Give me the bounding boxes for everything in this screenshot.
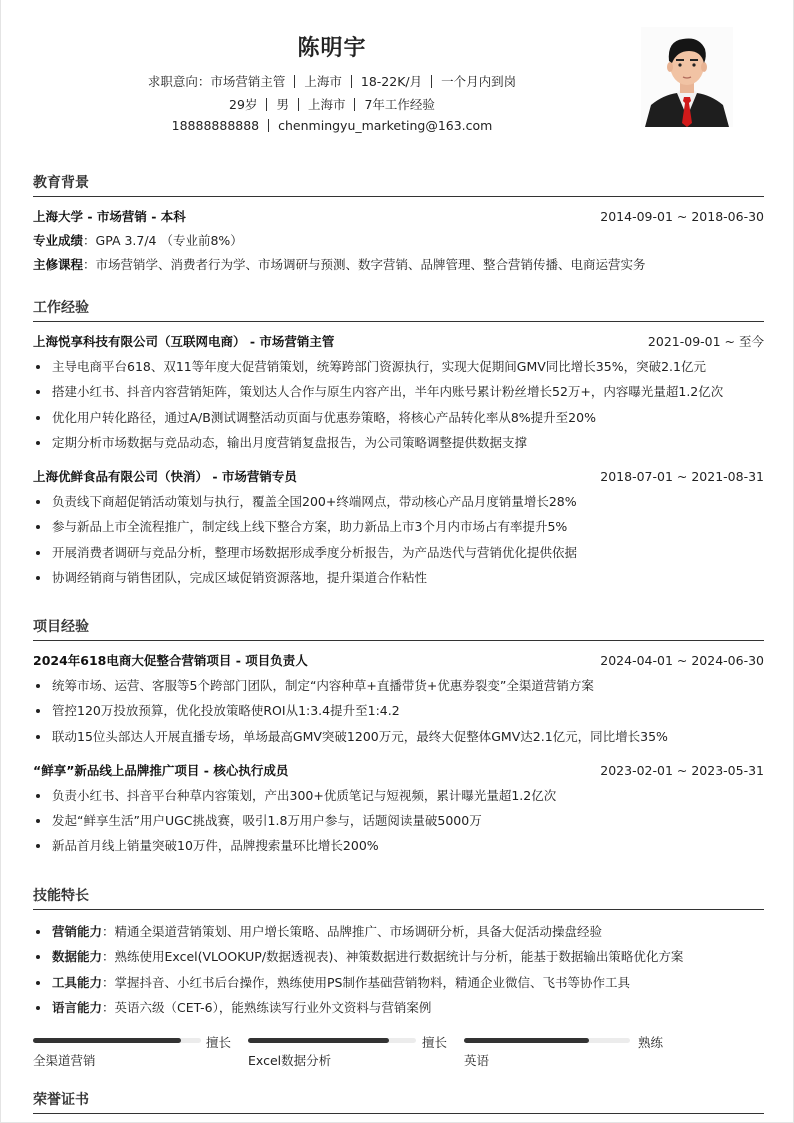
job-header: 上海悦享科技有限公司（互联网电商） - 市场营销主管 2021-09-01 ~ … bbox=[33, 329, 764, 354]
skills-list: 营销能力：精通全渠道营销策划、用户增长策略、品牌推广、市场调研分析，具备大促活动… bbox=[33, 919, 764, 1020]
section-title: 教育背景 bbox=[33, 173, 764, 197]
skill-name: Excel数据分析 bbox=[248, 1051, 331, 1069]
skill-bar-track bbox=[464, 1038, 630, 1043]
skill-text: ：英语六级（CET-6），能熟练读写行业外文资料与营销案例 bbox=[102, 1000, 431, 1015]
job-intention: 求职意向：市场营销主管 bbox=[148, 74, 286, 89]
list-item: 发起“鲜享生活”用户UGC挑战赛，吸引1.8万用户参与，话题阅读量破5000万 bbox=[33, 808, 764, 833]
skill-bar-fill bbox=[33, 1038, 181, 1043]
project-title: “鲜享”新品线上品牌推广项目 - 核心执行成员 bbox=[33, 758, 288, 783]
job-header: 上海优鲜食品有限公司（快消） - 市场营销专员 2018-07-01 ~ 202… bbox=[33, 464, 764, 489]
project-entry: “鲜享”新品线上品牌推广项目 - 核心执行成员 2023-02-01 ~ 202… bbox=[33, 758, 764, 859]
job-bullets: 主导电商平台618、双11等年度大促营销策划，统筹跨部门资源执行，实现大促期间G… bbox=[33, 354, 764, 455]
education-section: 教育背景 上海大学 - 市场营销 - 本科 2014-09-01 ~ 2018-… bbox=[33, 173, 764, 277]
job-entry: 上海优鲜食品有限公司（快消） - 市场营销专员 2018-07-01 ~ 202… bbox=[33, 464, 764, 590]
job-date: 2021-09-01 ~ 至今 bbox=[648, 329, 764, 354]
desired-city: 上海市 bbox=[304, 74, 342, 89]
desired-salary: 18-22K/月 bbox=[361, 74, 422, 89]
separator bbox=[268, 119, 269, 132]
phone: 18888888888 bbox=[172, 118, 259, 133]
gpa-line: 专业成绩：GPA 3.7/4 （专业前8%） bbox=[33, 229, 764, 253]
gender: 男 bbox=[276, 97, 289, 112]
project-title: 2024年618电商大促整合营销项目 - 项目负责人 bbox=[33, 648, 308, 673]
skill-item: 数据能力：熟练使用Excel(VLOOKUP/数据透视表)、神策数据进行数据统计… bbox=[33, 944, 764, 969]
honors-section: 荣誉证书 bbox=[33, 1090, 764, 1114]
skill-bar-fill bbox=[464, 1038, 589, 1043]
section-title: 技能特长 bbox=[33, 886, 764, 910]
skill-label: 营销能力 bbox=[52, 924, 102, 939]
skill-level: 擅长 bbox=[422, 1033, 447, 1051]
separator bbox=[298, 98, 299, 111]
skill-label: 数据能力 bbox=[52, 949, 102, 964]
skill-item: 语言能力：英语六级（CET-6），能熟练读写行业外文资料与营销案例 bbox=[33, 995, 764, 1020]
work-years: 7年工作经验 bbox=[364, 97, 434, 112]
project-header: 2024年618电商大促整合营销项目 - 项目负责人 2024-04-01 ~ … bbox=[33, 648, 764, 673]
courses-line: 主修课程：市场营销学、消费者行为学、市场调研与预测、数字营销、品牌管理、整合营销… bbox=[33, 253, 764, 277]
project-bullets: 统筹市场、运营、客服等5个跨部门团队，制定“内容种草+直播带货+优惠券裂变”全渠… bbox=[33, 673, 764, 749]
work-section: 工作经验 上海悦享科技有限公司（互联网电商） - 市场营销主管 2021-09-… bbox=[33, 298, 764, 590]
availability: 一个月内到岗 bbox=[441, 74, 516, 89]
project-date: 2023-02-01 ~ 2023-05-31 bbox=[600, 758, 764, 783]
section-title: 项目经验 bbox=[33, 617, 764, 641]
avatar bbox=[641, 27, 733, 127]
age: 29岁 bbox=[229, 97, 257, 112]
job-bullets: 负责线下商超促销活动策划与执行，覆盖全国200+终端网点，带动核心产品月度销量增… bbox=[33, 489, 764, 590]
section-title: 荣誉证书 bbox=[33, 1090, 764, 1114]
education-date: 2014-09-01 ~ 2018-06-30 bbox=[600, 204, 764, 229]
project-entry: 2024年618电商大促整合营销项目 - 项目负责人 2024-04-01 ~ … bbox=[33, 648, 764, 749]
list-item: 主导电商平台618、双11等年度大促营销策划，统筹跨部门资源执行，实现大促期间G… bbox=[33, 354, 764, 379]
list-item: 管控120万投放预算，优化投放策略使ROI从1:3.4提升至1:4.2 bbox=[33, 698, 764, 723]
separator bbox=[431, 75, 432, 88]
job-intention-line: 求职意向：市场营销主管上海市18-22K/月一个月内到岗 bbox=[1, 72, 663, 90]
project-header: “鲜享”新品线上品牌推广项目 - 核心执行成员 2023-02-01 ~ 202… bbox=[33, 758, 764, 783]
skill-label: 语言能力 bbox=[52, 1000, 102, 1015]
skill-text: ：熟练使用Excel(VLOOKUP/数据透视表)、神策数据进行数据统计与分析，… bbox=[102, 949, 683, 964]
separator bbox=[266, 98, 267, 111]
projects-section: 项目经验 2024年618电商大促整合营销项目 - 项目负责人 2024-04-… bbox=[33, 617, 764, 859]
skill-text: ：掌握抖音、小红书后台操作，熟练使用PS制作基础营销物料，精通企业微信、飞书等协… bbox=[102, 975, 630, 990]
list-item: 负责小红书、抖音平台种草内容策划，产出300+优质笔记与短视频，累计曝光量超1.… bbox=[33, 783, 764, 808]
skill-bar-track bbox=[33, 1038, 201, 1043]
skill-text: ：精通全渠道营销策划、用户增长策略、品牌推广、市场调研分析，具备大促活动操盘经验 bbox=[102, 924, 602, 939]
project-date: 2024-04-01 ~ 2024-06-30 bbox=[600, 648, 764, 673]
list-item: 参与新品上市全流程推广，制定线上线下整合方案，助力新品上市3个月内市场占有率提升… bbox=[33, 514, 764, 539]
personal-info-line: 29岁男上海市7年工作经验 bbox=[1, 95, 663, 113]
contact-line: 18888888888chenmingyu_marketing@163.com bbox=[1, 118, 663, 133]
school-degree: 上海大学 - 市场营销 - 本科 bbox=[33, 204, 186, 229]
separator bbox=[351, 75, 352, 88]
email: chenmingyu_marketing@163.com bbox=[278, 118, 492, 133]
skill-item: 营销能力：精通全渠道营销策划、用户增长策略、品牌推广、市场调研分析，具备大促活动… bbox=[33, 919, 764, 944]
education-entry: 上海大学 - 市场营销 - 本科 2014-09-01 ~ 2018-06-30 bbox=[33, 204, 764, 229]
job-entry: 上海悦享科技有限公司（互联网电商） - 市场营销主管 2021-09-01 ~ … bbox=[33, 329, 764, 455]
list-item: 优化用户转化路径，通过A/B测试调整活动页面与优惠券策略，将核心产品转化率从8%… bbox=[33, 405, 764, 430]
skill-bar-track bbox=[248, 1038, 416, 1043]
skill-level: 擅长 bbox=[206, 1033, 231, 1051]
courses-value: ：市场营销学、消费者行为学、市场调研与预测、数字营销、品牌管理、整合营销传播、电… bbox=[83, 257, 646, 272]
skill-level: 熟练 bbox=[638, 1033, 663, 1051]
skill-label: 工具能力 bbox=[52, 975, 102, 990]
job-title: 上海优鲜食品有限公司（快消） - 市场营销专员 bbox=[33, 464, 297, 489]
project-bullets: 负责小红书、抖音平台种草内容策划，产出300+优质笔记与短视频，累计曝光量超1.… bbox=[33, 783, 764, 859]
skill-item: 工具能力：掌握抖音、小红书后台操作，熟练使用PS制作基础营销物料，精通企业微信、… bbox=[33, 970, 764, 995]
list-item: 新品首月线上销量突破10万件，品牌搜索量环比增长200% bbox=[33, 833, 764, 858]
current-city: 上海市 bbox=[308, 97, 346, 112]
list-item: 搭建小红书、抖音内容营销矩阵，策划达人合作与原生内容产出，半年内账号累计粉丝增长… bbox=[33, 379, 764, 404]
skill-name: 全渠道营销 bbox=[33, 1051, 96, 1069]
avatar-photo-icon bbox=[641, 27, 733, 127]
skill-bars: 擅长 全渠道营销 擅长 Excel数据分析 熟练 英语 bbox=[33, 1033, 764, 1073]
list-item: 定期分析市场数据与竞品动态，输出月度营销复盘报告，为公司策略调整提供数据支撑 bbox=[33, 430, 764, 455]
gpa-value: ：GPA 3.7/4 （专业前8%） bbox=[83, 233, 243, 248]
section-title: 工作经验 bbox=[33, 298, 764, 322]
list-item: 开展消费者调研与竞品分析，整理市场数据形成季度分析报告，为产品迭代与营销优化提供… bbox=[33, 540, 764, 565]
list-item: 联动15位头部达人开展直播专场，单场最高GMV突破1200万元，最终大促整体GM… bbox=[33, 724, 764, 749]
separator bbox=[294, 75, 295, 88]
list-item: 协调经销商与销售团队，完成区域促销资源落地，提升渠道合作粘性 bbox=[33, 565, 764, 590]
resume-page: 陈明宇 求职意向：市场营销主管上海市18-22K/月一个月内到岗 29岁男上海市… bbox=[0, 0, 794, 1123]
separator bbox=[354, 98, 355, 111]
resume-header: 陈明宇 求职意向：市场营销主管上海市18-22K/月一个月内到岗 29岁男上海市… bbox=[1, 0, 794, 140]
list-item: 负责线下商超促销活动策划与执行，覆盖全国200+终端网点，带动核心产品月度销量增… bbox=[33, 489, 764, 514]
gpa-label: 专业成绩 bbox=[33, 233, 83, 248]
courses-label: 主修课程 bbox=[33, 257, 83, 272]
skill-bar-fill bbox=[248, 1038, 389, 1043]
skill-name: 英语 bbox=[464, 1051, 489, 1069]
job-date: 2018-07-01 ~ 2021-08-31 bbox=[600, 464, 764, 489]
candidate-name: 陈明宇 bbox=[1, 31, 663, 62]
skills-section: 技能特长 营销能力：精通全渠道营销策划、用户增长策略、品牌推广、市场调研分析，具… bbox=[33, 886, 764, 1020]
list-item: 统筹市场、运营、客服等5个跨部门团队，制定“内容种草+直播带货+优惠券裂变”全渠… bbox=[33, 673, 764, 698]
job-title: 上海悦享科技有限公司（互联网电商） - 市场营销主管 bbox=[33, 329, 334, 354]
